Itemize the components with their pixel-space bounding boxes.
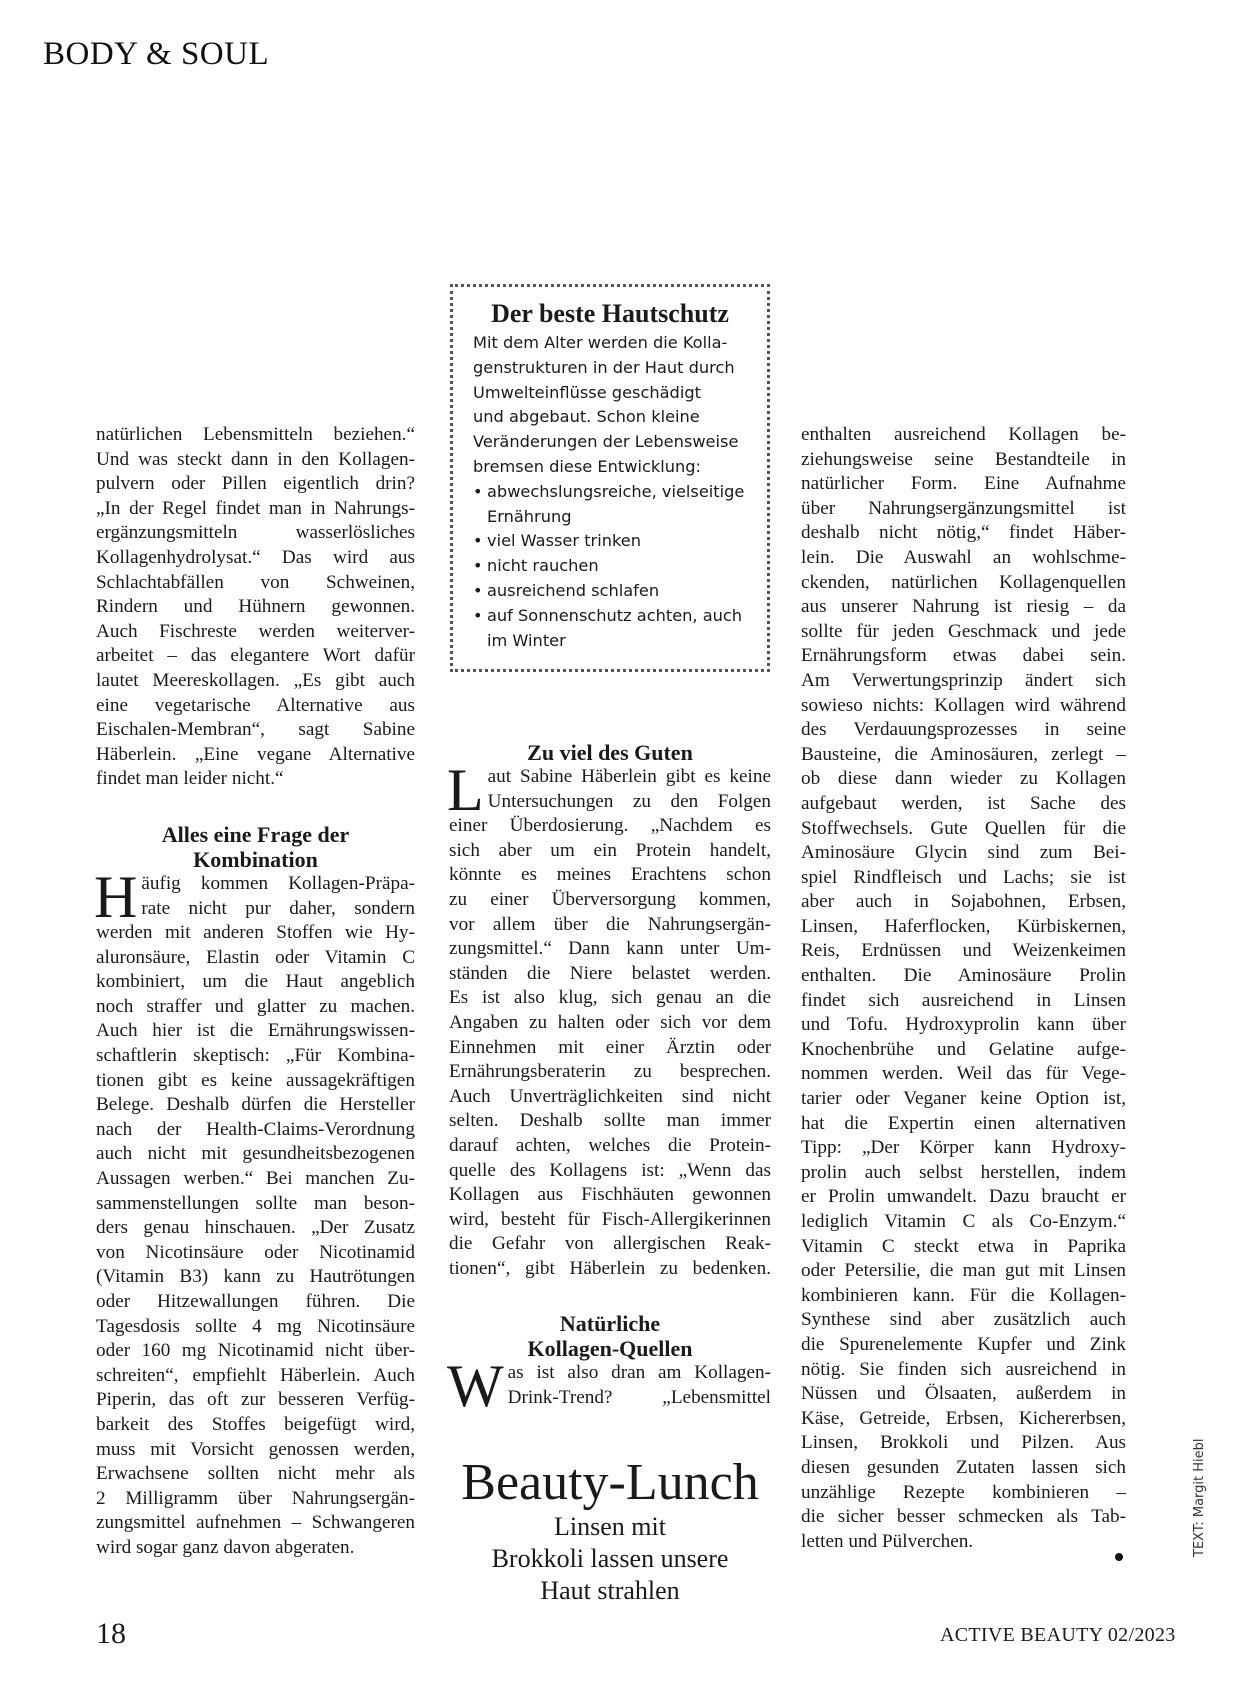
info-box-title: Der beste Hautschutz [473, 299, 747, 329]
paragraph-column-3: enthalten ausreichend Kollagen be- ziehu… [801, 423, 1126, 1554]
paragraph-intro-continued: natürlichen Lebensmitteln beziehen.“ Und… [96, 423, 415, 792]
article-column-2: Zu viel des Guten L aut Sabine Häberlein… [449, 740, 771, 1411]
list-item: nicht rauchen [473, 554, 747, 579]
magazine-issue: ACTIVE BEAUTY 02/2023 [940, 1624, 1176, 1647]
subhead-zu-viel: Zu viel des Guten [449, 740, 771, 765]
teaser-title: Beauty-Lunch [449, 1455, 771, 1511]
list-item: viel Wasser trinken [473, 529, 747, 554]
paragraph-kollagen-quellen: W as ist also dran am Kollagen- Drink-Tr… [449, 1361, 771, 1410]
dropcap: W [447, 1363, 504, 1409]
dropcap: H [94, 874, 137, 920]
beauty-lunch-teaser: Beauty-Lunch Linsen mit Brokkoli lassen … [449, 1455, 771, 1607]
author-credit: TEXT: Margit Hiebl [1192, 1439, 1207, 1558]
list-item: abwechslungsreiche, vielseitige Ernährun… [473, 480, 747, 530]
paragraph-kombination: H äufig kommen Kollagen-Präpa- rate nich… [96, 872, 415, 1561]
dropcap: L [447, 767, 484, 813]
list-item: auf Sonnenschutz achten, auch im Winter [473, 604, 747, 654]
info-box-list: abwechslungsreiche, vielseitige Ernährun… [473, 480, 747, 654]
paragraph-zu-viel: L aut Sabine Häberlein gibt es keine Unt… [449, 765, 771, 1281]
article-column-1: natürlichen Lebensmitteln beziehen.“ Und… [96, 423, 415, 1561]
article-column-3: enthalten ausreichend Kollagen be- ziehu… [801, 423, 1126, 1554]
info-box-intro: Mit dem Alter werden die Kolla- genstruk… [473, 331, 747, 480]
end-of-article-dot-icon [1115, 1553, 1123, 1561]
list-item: ausreichend schlafen [473, 579, 747, 604]
info-box-hautschutz: Der beste Hautschutz Mit dem Alter werde… [450, 284, 770, 672]
page-number: 18 [96, 1617, 126, 1651]
subhead-kombination: Alles eine Frage der Kombination [96, 822, 415, 872]
section-label: BODY & SOUL [43, 36, 269, 73]
